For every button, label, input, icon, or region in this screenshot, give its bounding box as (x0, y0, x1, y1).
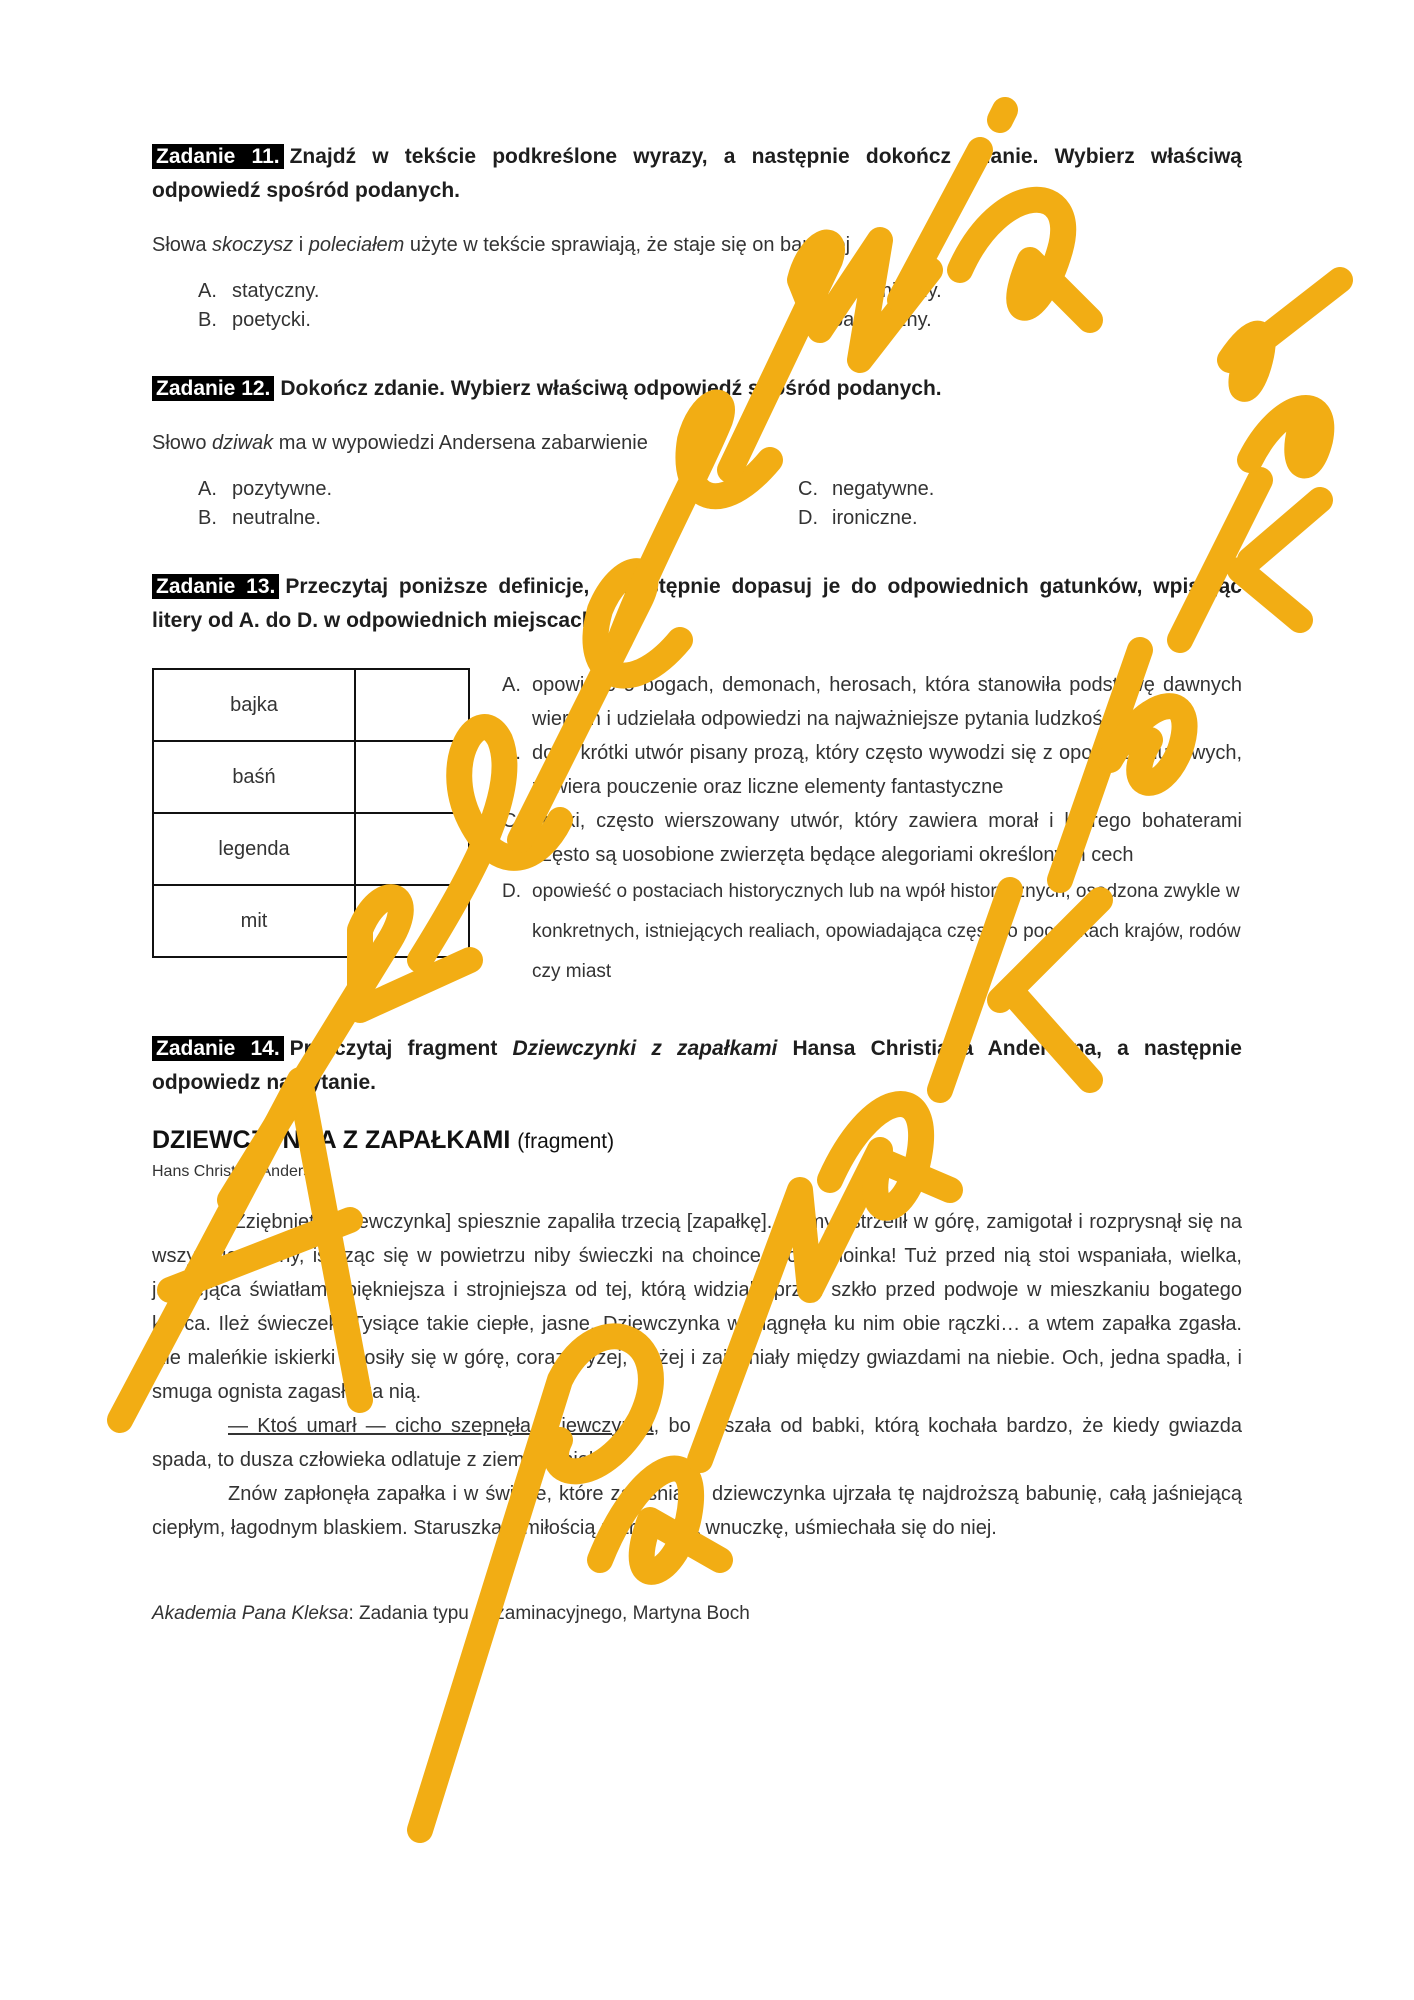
definitions-list: A.opowieść o bogach, demonach, herosach,… (502, 668, 1242, 992)
option-d[interactable]: D.patetyczny. (798, 309, 1242, 332)
story-paragraph: — Ktoś umarł — cicho szepnęła dziewczynk… (152, 1409, 1242, 1477)
task-11: Zadanie 11.Znajdź w tekście podkreślone … (152, 140, 1242, 332)
task-11-label: Zadanie 11. (152, 144, 284, 169)
table-row: legenda (153, 813, 469, 885)
answer-cell[interactable] (355, 741, 469, 813)
genre-matching-table: bajka baśń legenda mit (152, 668, 470, 958)
task-13-label: Zadanie 13. (152, 574, 279, 599)
option-a[interactable]: A.statyczny. (198, 280, 798, 303)
task-14: Zadanie 14.Przeczytaj fragment Dziewczyn… (152, 1032, 1242, 1545)
table-row: baśń (153, 741, 469, 813)
task-11-instruction: Zadanie 11.Znajdź w tekście podkreślone … (152, 140, 1242, 208)
definition-a: A.opowieść o bogach, demonach, herosach,… (502, 668, 1242, 736)
task-12: Zadanie 12.Dokończ zdanie. Wybierz właśc… (152, 372, 1242, 530)
table-row: mit (153, 885, 469, 957)
task-13-instruction: Zadanie 13.Przeczytaj poniższe definicje… (152, 570, 1242, 638)
task-12-options: A.pozytywne. C.negatywne. B.neutralne. D… (152, 478, 1242, 530)
option-d[interactable]: D.ironiczne. (798, 507, 1242, 530)
worksheet-page: Zadanie 11.Znajdź w tekście podkreślone … (0, 0, 1414, 2000)
task-13: Zadanie 13.Przeczytaj poniższe definicje… (152, 570, 1242, 992)
table-row: bajka (153, 669, 469, 741)
task-12-label: Zadanie 12. (152, 376, 274, 401)
option-c[interactable]: C.negatywne. (798, 478, 1242, 501)
story-author: Hans Christian Andersen (152, 1163, 1242, 1181)
answer-cell[interactable] (355, 813, 469, 885)
task-14-instruction: Zadanie 14.Przeczytaj fragment Dziewczyn… (152, 1032, 1242, 1100)
definition-d: D.opowieść o postaciach historycznych lu… (502, 872, 1242, 992)
option-b[interactable]: B.neutralne. (198, 507, 798, 530)
story-title: DZIEWCZYNKA Z ZAPAŁKAMI (fragment) (152, 1126, 1242, 1155)
page-footer: Akademia Pana Kleksa: Zadania typu egzam… (152, 1603, 1242, 1625)
page-content: Zadanie 11.Znajdź w tekście podkreślone … (152, 140, 1242, 1625)
definition-c: C.krótki, często wierszowany utwór, któr… (502, 804, 1242, 872)
task-12-prompt: Słowo dziwak ma w wypowiedzi Andersena z… (152, 428, 1242, 458)
definition-b: B.dość krótki utwór pisany prozą, który … (502, 736, 1242, 804)
task-14-label: Zadanie 14. (152, 1036, 284, 1061)
story-text: [Zziębnięta dziewczynka] spiesznie zapal… (152, 1205, 1242, 1545)
task-11-options: A.statyczny. C.dynamiczny. B.poetycki. D… (152, 280, 1242, 332)
answer-cell[interactable] (355, 885, 469, 957)
option-c[interactable]: C.dynamiczny. (798, 280, 1242, 303)
option-b[interactable]: B.poetycki. (198, 309, 798, 332)
task-11-prompt: Słowa skoczysz i poleciałem użyte w tekś… (152, 230, 1242, 260)
option-a[interactable]: A.pozytywne. (198, 478, 798, 501)
answer-cell[interactable] (355, 669, 469, 741)
underlined-quote: — Ktoś umarł — cicho szepnęła dziewczynk… (228, 1415, 654, 1437)
story-paragraph: Znów zapłonęła zapałka i w świetle, któr… (152, 1477, 1242, 1545)
story-paragraph: [Zziębnięta dziewczynka] spiesznie zapal… (152, 1205, 1242, 1409)
task-12-instruction: Zadanie 12.Dokończ zdanie. Wybierz właśc… (152, 372, 1242, 406)
